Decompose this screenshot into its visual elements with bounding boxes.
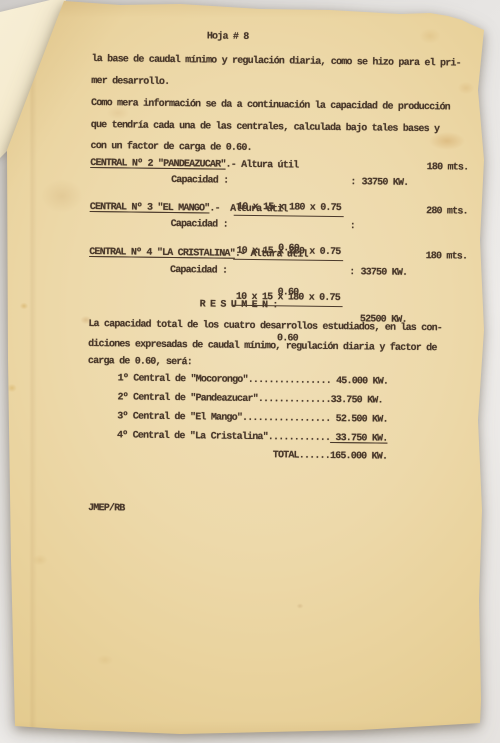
summary-item-4: 4º Central de "La Cristalina"...........… (117, 429, 388, 445)
capacity-result: 33750 KW. (361, 176, 408, 190)
summary-item-3: 3º Central de "El Mango"................… (117, 410, 388, 426)
resumen-heading: R E S U M E N : (200, 298, 278, 312)
central-3-height: 280 mts. (426, 205, 468, 219)
central-4-name: CENTRAL Nº 4 "LA CRISTALINA" (89, 247, 235, 260)
central-2-heading: CENTRAL Nº 2 "PANDEAZUCAR".- Altura útil… (90, 157, 468, 175)
paragraph-line: Como mera información se da a continuaci… (91, 97, 450, 114)
central-2-height: 180 mts. (427, 161, 469, 175)
central-3-heading: CENTRAL Nº 3 "EL MANGO".- Altura útil 28… (90, 201, 468, 219)
document-page: Hoja # 8 la base de caudal mínimo y regu… (0, 0, 500, 743)
typewritten-content: Hoja # 8 la base de caudal mínimo y regu… (84, 26, 470, 671)
central-2-title: CENTRAL Nº 2 "PANDEAZUCAR".- Altura útil (90, 157, 298, 173)
central-4-title: CENTRAL Nº 4 "LA CRISTALINA".- Altura út… (89, 246, 308, 262)
central-4-heading: CENTRAL Nº 4 "LA CRISTALINA".- Altura út… (89, 246, 467, 264)
page-title: Hoja # 8 (207, 30, 249, 44)
capacity-colon: : (350, 176, 355, 189)
capacity-label: Capacidad : (171, 218, 228, 232)
central-3-rest: .- Altura útil (209, 203, 287, 215)
capacity-colon: : (349, 266, 354, 279)
central-3-name: CENTRAL Nº 3 "EL MANGO" (90, 202, 210, 214)
capacity-label: Capacidad : (170, 264, 227, 278)
summary-item-1: 1º Central de "Mocorongo"...............… (118, 372, 389, 388)
photo-background: Hoja # 8 la base de caudal mínimo y regu… (0, 0, 500, 743)
capacity-result: 33750 KW. (360, 266, 407, 280)
paragraph-line: que tendría cada una de las centrales, c… (91, 119, 440, 136)
paragraph-line: mer desarrollo. (91, 75, 169, 89)
central-4-height: 180 mts. (426, 250, 468, 264)
central-4-rest: .- Altura útil (235, 249, 308, 261)
central-2-rest: .- Altura útil (225, 160, 298, 172)
central-3-title: CENTRAL Nº 3 "EL MANGO".- Altura útil (90, 201, 288, 216)
typist-initials: JMEP/RB (88, 502, 125, 515)
paragraph-line: con un factor de carga de 0.60. (90, 140, 251, 155)
central-2-name: CENTRAL Nº 2 "PANDEAZUCAR" (90, 158, 225, 171)
paragraph-line: la base de caudal mínimo y regulación di… (92, 53, 461, 71)
summary-item-4-label: 4º Central de "La Cristalina"...........… (117, 430, 330, 444)
summary-item-4-value: 33.750 KW. (330, 433, 387, 445)
document-page-shadow: Hoja # 8 la base de caudal mínimo y regu… (0, 0, 500, 743)
total-line: TOTAL......165.000 KW. (273, 449, 388, 463)
capacity-colon: : (350, 220, 355, 233)
summary-item-2: 2º Central de "Pandeazucar".............… (117, 391, 382, 407)
capacity-fraction: 10 x 15 x 180 x 0.75 0.60 (232, 265, 343, 372)
capacity-label: Capacidad : (171, 174, 228, 188)
resumen-line: carga de 0.60, será: (88, 355, 192, 369)
